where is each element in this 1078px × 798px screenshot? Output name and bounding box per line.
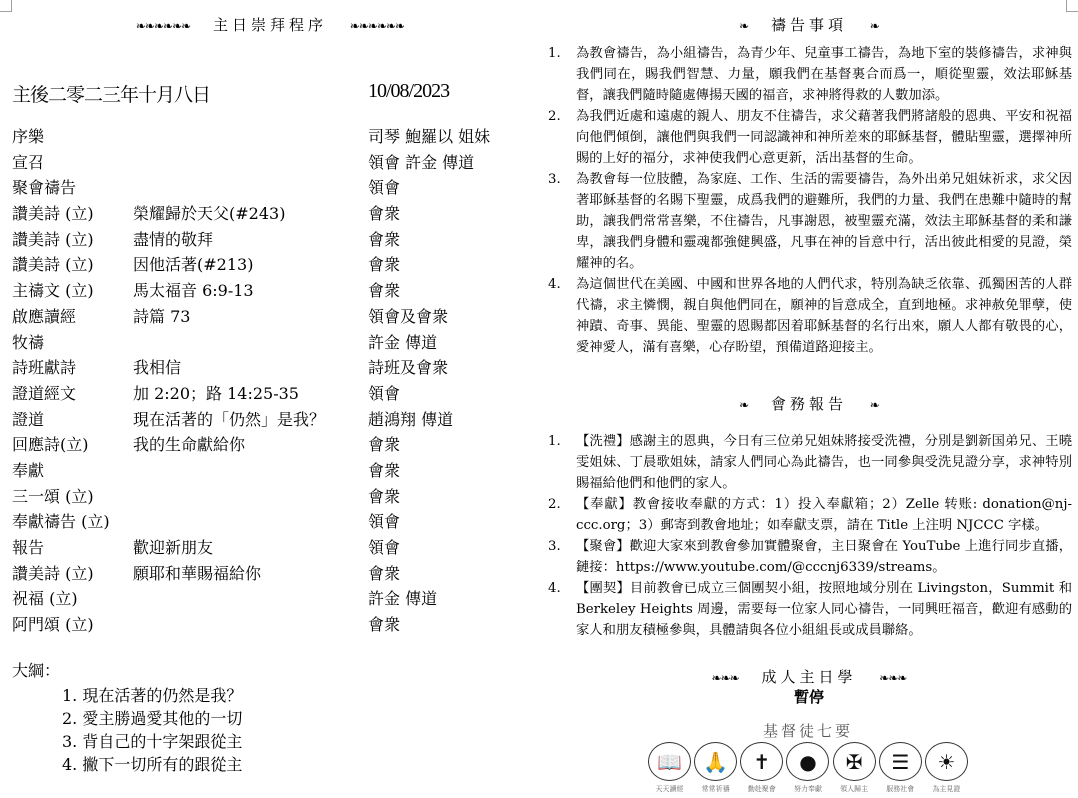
program-item: 聚會禱告 (12, 175, 76, 201)
program-leader: 領會 (368, 509, 400, 535)
program-item: 牧禱 (12, 330, 44, 356)
program-leader: 領會 (368, 535, 400, 561)
ornament-icon: ❧❧❧ (712, 671, 739, 685)
program-leader: 會衆 (368, 432, 400, 458)
list-text: 【奉獻】教會接收奉獻的方式：1）投入奉獻箱；2）Zelle 转账: donati… (576, 497, 1072, 533)
church-affairs-heading: ❧ 會務報告 ❧ (540, 393, 1078, 414)
program-leader: 會衆 (368, 612, 400, 638)
program-leader: 許金 傳道 (368, 586, 437, 612)
outline-point: 2. 愛主勝過愛其他的一切 (62, 707, 242, 730)
program-item: 序樂 (12, 124, 44, 150)
prayer-item: 1.為教會禱告，為小組禱告，為青少年、兒童事工禱告，為地下室的裝修禱告，求神與我… (548, 43, 1072, 106)
list-number: 2. (548, 106, 561, 127)
essential-label: 為主見證 (924, 784, 969, 794)
list-number: 4. (548, 274, 561, 295)
ornament-icon: ❧ (739, 398, 748, 412)
seven-essentials-graphic: 基督徒七要 📖天天讀經🙏常常祈禱✝勤赴聚會●努力奉獻✠領人歸主☰服務社會☀為主見… (647, 722, 969, 794)
program-row: 聚會禱告領會 (12, 175, 532, 201)
essential-label: 天天讀經 (647, 784, 692, 794)
list-text: 【團契】目前教會已成立三個團契小組，按照地域分別在 Livingston，Sum… (576, 581, 1072, 638)
church-affairs-title: 會務報告 (771, 395, 847, 413)
program-row: 讚美詩 (立)願耶和華賜福給你會衆 (12, 561, 532, 587)
program-item: 回應詩(立) (12, 432, 89, 458)
program-leader: 領會 (368, 381, 400, 407)
essential-item: ✠領人歸主 (832, 742, 877, 794)
program-row: 讚美詩 (立)榮耀歸於天父(#243)會衆 (12, 201, 532, 227)
list-text: 【洗禮】感謝主的恩典，今日有三位弟兄姐妹將接受洗禮，分別是劉新国弟兄、王曉雯姐妹… (576, 434, 1072, 491)
program-detail: 榮耀歸於天父(#243) (133, 201, 285, 227)
ornament-icon: ❧❧❧❧❧❧ (350, 19, 404, 33)
program-item: 讚美詩 (立) (12, 561, 94, 587)
essential-item: ✝勤赴聚會 (739, 742, 784, 794)
program-item: 讚美詩 (立) (12, 201, 94, 227)
program-detail: 加 2:20；路 14:25-35 (133, 381, 299, 407)
prayer-item: 4.為這個世代在美國、中國和世界各地的人們代求，特別為缺乏依靠、孤獨困苦的人群代… (548, 274, 1072, 358)
worship-program-title: 主日崇拜程序 (213, 16, 327, 34)
program-row: 讚美詩 (立)因他活著(#213)會衆 (12, 252, 532, 278)
program-row: 三一頌 (立)會衆 (12, 484, 532, 510)
program-leader: 會衆 (368, 561, 400, 587)
gathering-icon: ✝ (740, 742, 783, 781)
page-corner-mark-right (1066, 0, 1078, 12)
affairs-item: 3.【聚會】歡迎大家來到教會參加實體聚會，主日聚會在 YouTube 上進行同步… (548, 536, 1072, 578)
list-text: 【聚會】歡迎大家來到教會參加實體聚會，主日聚會在 YouTube 上進行同步直播… (576, 539, 1072, 575)
program-list: 序樂司琴 鮑羅以 姐妹宣召領會 許金 傳道聚會禱告領會讚美詩 (立)榮耀歸於天父… (12, 124, 532, 638)
page-corner-mark-left (0, 0, 12, 12)
service-icon: ☰ (879, 742, 922, 781)
program-item: 三一頌 (立) (12, 484, 94, 510)
essential-label: 服務社會 (878, 784, 923, 794)
outline-point: 1. 現在活著的仍然是我？ (62, 684, 242, 707)
program-item: 證道經文 (12, 381, 76, 407)
offering-icon: ● (786, 742, 829, 781)
program-row: 阿門頌 (立)會衆 (12, 612, 532, 638)
outline-point: 3. 背自己的十字架跟從主 (62, 730, 242, 753)
essential-item: ☀為主見證 (924, 742, 969, 794)
program-leader: 許金 傳道 (368, 330, 437, 356)
program-row: 奉獻禱告 (立)領會 (12, 509, 532, 535)
program-item: 報告 (12, 535, 44, 561)
list-number: 1. (548, 431, 561, 452)
candle-icon: ☀ (925, 742, 968, 781)
essential-label: 領人歸主 (832, 784, 877, 794)
list-text: 為我們近處和遠處的親人、朋友不住禱告，求父藉著我們將諸般的恩典、平安和祝福向他們… (576, 109, 1072, 166)
program-detail: 詩篇 73 (133, 304, 190, 330)
seven-essentials-title: 基督徒七要 (647, 722, 969, 740)
prayer-items-title: 禱告事項 (771, 16, 847, 34)
program-row: 奉獻會衆 (12, 458, 532, 484)
program-row: 證道現在活著的「仍然」是我？趙鴻翔 傳道 (12, 407, 532, 433)
program-leader: 領會及會衆 (368, 304, 448, 330)
program-item: 祝福 (立) (12, 586, 78, 612)
program-row: 詩班獻詩我相信詩班及會衆 (12, 355, 532, 381)
program-item: 讚美詩 (立) (12, 252, 94, 278)
program-leader: 領會 (368, 175, 400, 201)
list-number: 2. (548, 494, 561, 515)
program-item: 奉獻禱告 (立) (12, 509, 110, 535)
prayer-items-heading: ❧ 禱告事項 ❧ (540, 14, 1078, 35)
sunday-school-status: 暫停 (540, 686, 1078, 707)
program-detail: 歡迎新朋友 (133, 535, 213, 561)
date-numeric: 10/08/2023 (368, 80, 449, 103)
program-leader: 會衆 (368, 484, 400, 510)
program-leader: 司琴 鮑羅以 姐妹 (368, 124, 490, 150)
date-chinese: 主後二零二三年十月八日 (12, 80, 210, 107)
prayer-item: 3.為教會每一位肢體，為家庭、工作、生活的需要禱告，為外出弟兄姐妹祈求，求父因著… (548, 169, 1072, 274)
program-item: 阿門頌 (立) (12, 612, 94, 638)
sunday-school-heading: ❧❧❧ 成人主日學 ❧❧❧ (540, 666, 1078, 687)
program-detail: 因他活著(#213) (133, 252, 253, 278)
affairs-item: 2.【奉獻】教會接收奉獻的方式：1）投入奉獻箱；2）Zelle 转账: dona… (548, 494, 1072, 536)
ornament-icon: ❧❧❧❧❧❧ (136, 19, 190, 33)
program-item: 讚美詩 (立) (12, 227, 94, 253)
list-number: 3. (548, 169, 561, 190)
outline-points: 1. 現在活著的仍然是我？ 2. 愛主勝過愛其他的一切 3. 背自己的十字架跟從… (12, 684, 242, 776)
ornament-icon: ❧ (870, 19, 879, 33)
list-text: 為教會每一位肢體，為家庭、工作、生活的需要禱告，為外出弟兄姐妹祈求，求父因著耶穌… (576, 172, 1072, 271)
ornament-icon: ❧ (739, 19, 748, 33)
program-row: 祝福 (立)許金 傳道 (12, 586, 532, 612)
program-row: 主禱文 (立)馬太福音 6:9-13會衆 (12, 278, 532, 304)
essential-item: 📖天天讀經 (647, 742, 692, 794)
sermon-outline: 大綱： 1. 現在活著的仍然是我？ 2. 愛主勝過愛其他的一切 3. 背自己的十… (12, 660, 242, 776)
program-row: 啟應讀經詩篇 73領會及會衆 (12, 304, 532, 330)
program-detail: 馬太福音 6:9-13 (133, 278, 254, 304)
worship-program-heading: ❧❧❧❧❧❧ 主日崇拜程序 ❧❧❧❧❧❧ (0, 14, 540, 35)
essential-item: 🙏常常祈禱 (693, 742, 738, 794)
program-detail: 我相信 (133, 355, 181, 381)
program-item: 證道 (12, 407, 44, 433)
praying-icon: 🙏 (694, 742, 737, 781)
program-row: 回應詩(立)我的生命獻給你會衆 (12, 432, 532, 458)
program-item: 詩班獻詩 (12, 355, 76, 381)
list-text: 為教會禱告，為小組禱告，為青少年、兒童事工禱告，為地下室的裝修禱告，求神與我們同… (576, 46, 1072, 103)
program-leader: 領會 許金 傳道 (368, 150, 474, 176)
program-row: 宣召領會 許金 傳道 (12, 150, 532, 176)
program-leader: 會衆 (368, 201, 400, 227)
prayer-item: 2.為我們近處和遠處的親人、朋友不住禱告，求父藉著我們將諸般的恩典、平安和祝福向… (548, 106, 1072, 169)
affairs-item: 4.【團契】目前教會已成立三個團契小組，按照地域分別在 Livingston，S… (548, 578, 1072, 641)
program-detail: 我的生命獻給你 (133, 432, 245, 458)
evangelism-icon: ✠ (833, 742, 876, 781)
essential-label: 努力奉獻 (785, 784, 830, 794)
seven-essentials-icons: 📖天天讀經🙏常常祈禱✝勤赴聚會●努力奉獻✠領人歸主☰服務社會☀為主見證 (647, 742, 969, 794)
program-row: 牧禱許金 傳道 (12, 330, 532, 356)
prayer-list: 1.為教會禱告，為小組禱告，為青少年、兒童事工禱告，為地下室的裝修禱告，求神與我… (548, 43, 1072, 358)
affairs-list: 1.【洗禮】感謝主的恩典，今日有三位弟兄姐妹將接受洗禮，分別是劉新国弟兄、王曉雯… (548, 431, 1072, 641)
essential-label: 常常祈禱 (693, 784, 738, 794)
program-detail: 盡情的敬拜 (133, 227, 213, 253)
list-number: 4. (548, 578, 561, 599)
program-detail: 現在活著的「仍然」是我？ (133, 407, 325, 433)
sunday-school-title: 成人主日學 (761, 668, 856, 686)
program-leader: 會衆 (368, 458, 400, 484)
program-item: 啟應讀經 (12, 304, 76, 330)
list-number: 1. (548, 43, 561, 64)
reading-icon: 📖 (648, 742, 691, 781)
program-row: 報告歡迎新朋友領會 (12, 535, 532, 561)
program-detail: 願耶和華賜福給你 (133, 561, 261, 587)
ornament-icon: ❧❧❧ (879, 671, 906, 685)
ornament-icon: ❧ (870, 398, 879, 412)
essential-item: ☰服務社會 (878, 742, 923, 794)
outline-point: 4. 撇下一切所有的跟從主 (62, 753, 242, 776)
program-leader: 趙鴻翔 傳道 (368, 407, 453, 433)
outline-label: 大綱： (12, 660, 242, 682)
essential-label: 勤赴聚會 (739, 784, 784, 794)
essential-item: ●努力奉獻 (785, 742, 830, 794)
program-row: 讚美詩 (立)盡情的敬拜會衆 (12, 227, 532, 253)
list-text: 為這個世代在美國、中國和世界各地的人們代求，特別為缺乏依靠、孤獨困苦的人群代禱，… (576, 277, 1072, 355)
program-leader: 會衆 (368, 227, 400, 253)
list-number: 3. (548, 536, 561, 557)
program-leader: 詩班及會衆 (368, 355, 448, 381)
program-item: 宣召 (12, 150, 44, 176)
program-row: 序樂司琴 鮑羅以 姐妹 (12, 124, 532, 150)
program-item: 奉獻 (12, 458, 44, 484)
affairs-item: 1.【洗禮】感謝主的恩典，今日有三位弟兄姐妹將接受洗禮，分別是劉新国弟兄、王曉雯… (548, 431, 1072, 494)
program-row: 證道經文加 2:20；路 14:25-35領會 (12, 381, 532, 407)
program-leader: 會衆 (368, 252, 400, 278)
program-item: 主禱文 (立) (12, 278, 94, 304)
program-leader: 會衆 (368, 278, 400, 304)
